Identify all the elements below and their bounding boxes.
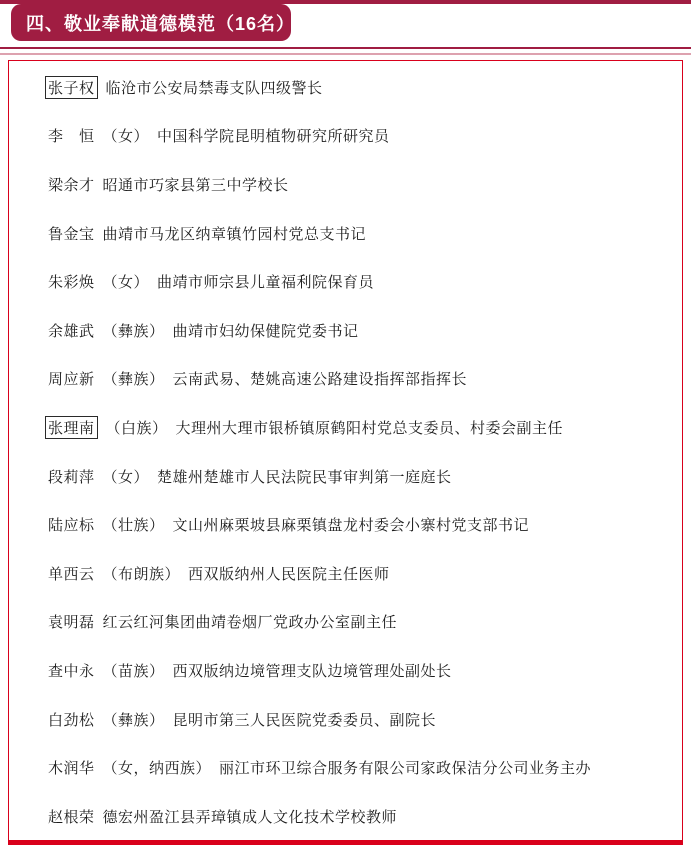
person-name: 查中永 <box>48 660 95 681</box>
list-item: 鲁金宝 曲靖市马龙区纳章镇竹园村党总支书记 <box>48 209 670 258</box>
person-name: 段莉萍 <box>48 466 95 487</box>
person-title: 西双版纳州人民医院主任医师 <box>188 563 390 584</box>
person-title: 丽江市环卫综合服务有限公司家政保洁分公司业务主办 <box>219 757 591 778</box>
person-name: 朱彩焕 <box>48 271 95 292</box>
person-note: （彝族） <box>103 368 165 389</box>
person-note: （女，纳西族） <box>103 757 212 778</box>
person-note: （白族） <box>106 417 168 438</box>
list-item: 查中永 （苗族） 西双版纳边境管理支队边境管理处副处长 <box>48 646 670 695</box>
person-title: 楚雄州楚雄市人民法院民事审判第一庭庭长 <box>157 466 452 487</box>
person-title: 大理州大理市银桥镇原鹤阳村党总支委员、村委会副主任 <box>176 417 564 438</box>
person-name: 白劲松 <box>48 709 95 730</box>
person-note: （壮族） <box>103 514 165 535</box>
person-name: 余雄武 <box>48 320 95 341</box>
person-note: （布朗族） <box>103 563 181 584</box>
divider-light <box>0 53 691 55</box>
list-item: 陆应标 （壮族） 文山州麻栗坡县麻栗镇盘龙村委会小寨村党支部书记 <box>48 500 670 549</box>
person-note: （苗族） <box>103 660 165 681</box>
list-item: 段莉萍 （女） 楚雄州楚雄市人民法院民事审判第一庭庭长 <box>48 452 670 501</box>
person-name: 张理南 <box>45 416 98 439</box>
list-item: 周应新 （彝族） 云南武易、楚姚高速公路建设指挥部指挥长 <box>48 355 670 404</box>
person-title: 昭通市巧家县第三中学校长 <box>103 174 289 195</box>
list-item: 李 恒 （女） 中国科学院昆明植物研究所研究员 <box>48 112 670 161</box>
list-item: 朱彩焕 （女） 曲靖市师宗县儿童福利院保育员 <box>48 257 670 306</box>
person-title: 临沧市公安局禁毒支队四级警长 <box>106 77 323 98</box>
person-name: 单西云 <box>48 563 95 584</box>
person-name: 周应新 <box>48 368 95 389</box>
person-name: 梁余才 <box>48 174 95 195</box>
list-item: 赵根荣 德宏州盈江县弄璋镇成人文化技术学校教师 <box>48 792 670 841</box>
list-item: 袁明磊 红云红河集团曲靖卷烟厂党政办公室副主任 <box>48 598 670 647</box>
person-title: 文山州麻栗坡县麻栗镇盘龙村委会小寨村党支部书记 <box>173 514 530 535</box>
person-name: 陆应标 <box>48 514 95 535</box>
person-name: 袁明磊 <box>48 611 95 632</box>
person-note: （女） <box>103 466 150 487</box>
person-note: （女） <box>103 125 150 146</box>
person-name: 赵根荣 <box>48 806 95 827</box>
list-item: 单西云 （布朗族） 西双版纳州人民医院主任医师 <box>48 549 670 598</box>
list-item: 张子权 临沧市公安局禁毒支队四级警长 <box>48 63 670 112</box>
person-name: 鲁金宝 <box>48 223 95 244</box>
list-item: 白劲松 （彝族） 昆明市第三人民医院党委委员、副院长 <box>48 695 670 744</box>
person-title: 曲靖市马龙区纳章镇竹园村党总支书记 <box>103 223 367 244</box>
model-list: 张子权 临沧市公安局禁毒支队四级警长 李 恒 （女） 中国科学院昆明植物研究所研… <box>8 60 683 845</box>
person-note: （彝族） <box>103 320 165 341</box>
person-title: 云南武易、楚姚高速公路建设指挥部指挥长 <box>173 368 468 389</box>
section-title: 四、敬业奉献道德模范（16名） <box>26 10 295 36</box>
person-title: 德宏州盈江县弄璋镇成人文化技术学校教师 <box>103 806 398 827</box>
person-note: （女） <box>103 271 150 292</box>
person-title: 曲靖市师宗县儿童福利院保育员 <box>157 271 374 292</box>
list-item: 木润华 （女，纳西族） 丽江市环卫综合服务有限公司家政保洁分公司业务主办 <box>48 743 670 792</box>
list-item: 张理南 （白族） 大理州大理市银桥镇原鹤阳村党总支委员、村委会副主任 <box>48 403 670 452</box>
section-banner: 四、敬业奉献道德模范（16名） <box>11 4 291 41</box>
person-title: 昆明市第三人民医院党委委员、副院长 <box>173 709 437 730</box>
divider-dark <box>0 47 691 49</box>
person-name: 张子权 <box>45 76 98 99</box>
person-name: 木润华 <box>48 757 95 778</box>
person-title: 中国科学院昆明植物研究所研究员 <box>157 125 390 146</box>
person-title: 曲靖市妇幼保健院党委书记 <box>173 320 359 341</box>
person-title: 红云红河集团曲靖卷烟厂党政办公室副主任 <box>103 611 398 632</box>
person-note: （彝族） <box>103 709 165 730</box>
person-name: 李 恒 <box>48 125 95 146</box>
list-item: 梁余才 昭通市巧家县第三中学校长 <box>48 160 670 209</box>
person-title: 西双版纳边境管理支队边境管理处副处长 <box>173 660 452 681</box>
list-item: 余雄武 （彝族） 曲靖市妇幼保健院党委书记 <box>48 306 670 355</box>
